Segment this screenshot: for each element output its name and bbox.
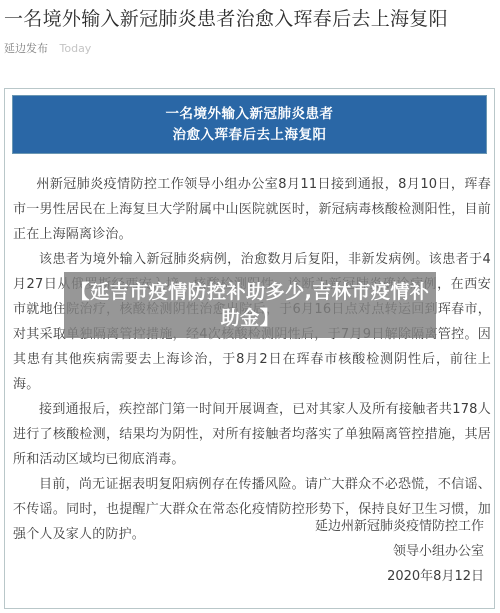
article-time: Today <box>60 42 92 55</box>
notice-image: 一名境外输入新冠肺炎患者 治愈入珲春后去上海复阳 州新冠肺炎疫情防控工作领导小组… <box>4 88 495 609</box>
signature-org-line-2: 领导小组办公室 <box>315 539 484 564</box>
notice-signature: 延边州新冠肺炎疫情防控工作 领导小组办公室 2020年8月12日 <box>315 514 484 589</box>
notice-paragraph: 州新冠肺炎疫情防控工作领导小组办公室8月11日接到通报，8月10日，珲春市一男性… <box>13 172 491 247</box>
signature-org-line-1: 延边州新冠肺炎疫情防控工作 <box>315 514 484 539</box>
notice-paragraph: 接到通报后，疾控部门第一时间开展调查，已对其家人及所有接触者共178人进行了核酸… <box>13 397 491 472</box>
notice-header-line-2: 治愈入珲春后去上海复阳 <box>173 125 327 146</box>
notice-header-line-1: 一名境外输入新冠肺炎患者 <box>166 104 334 125</box>
article-title: 一名境外输入新冠肺炎患者治愈入珲春后去上海复阳 <box>4 6 496 32</box>
article-source[interactable]: 延边发布 <box>4 42 48 55</box>
notice-header-banner: 一名境外输入新冠肺炎患者 治愈入珲春后去上海复阳 <box>12 95 487 154</box>
overlay-caption-text: 【延吉市疫情防控补助多少,吉林市疫情补助金】 <box>70 279 430 331</box>
notice-body: 州新冠肺炎疫情防控工作领导小组办公室8月11日接到通报，8月10日，珲春市一男性… <box>13 172 491 547</box>
signature-date: 2020年8月12日 <box>315 564 484 589</box>
overlay-caption-banner: 【延吉市疫情防控补助多少,吉林市疫情补助金】 <box>64 272 436 338</box>
article-meta: 延边发布 Today <box>4 41 91 57</box>
